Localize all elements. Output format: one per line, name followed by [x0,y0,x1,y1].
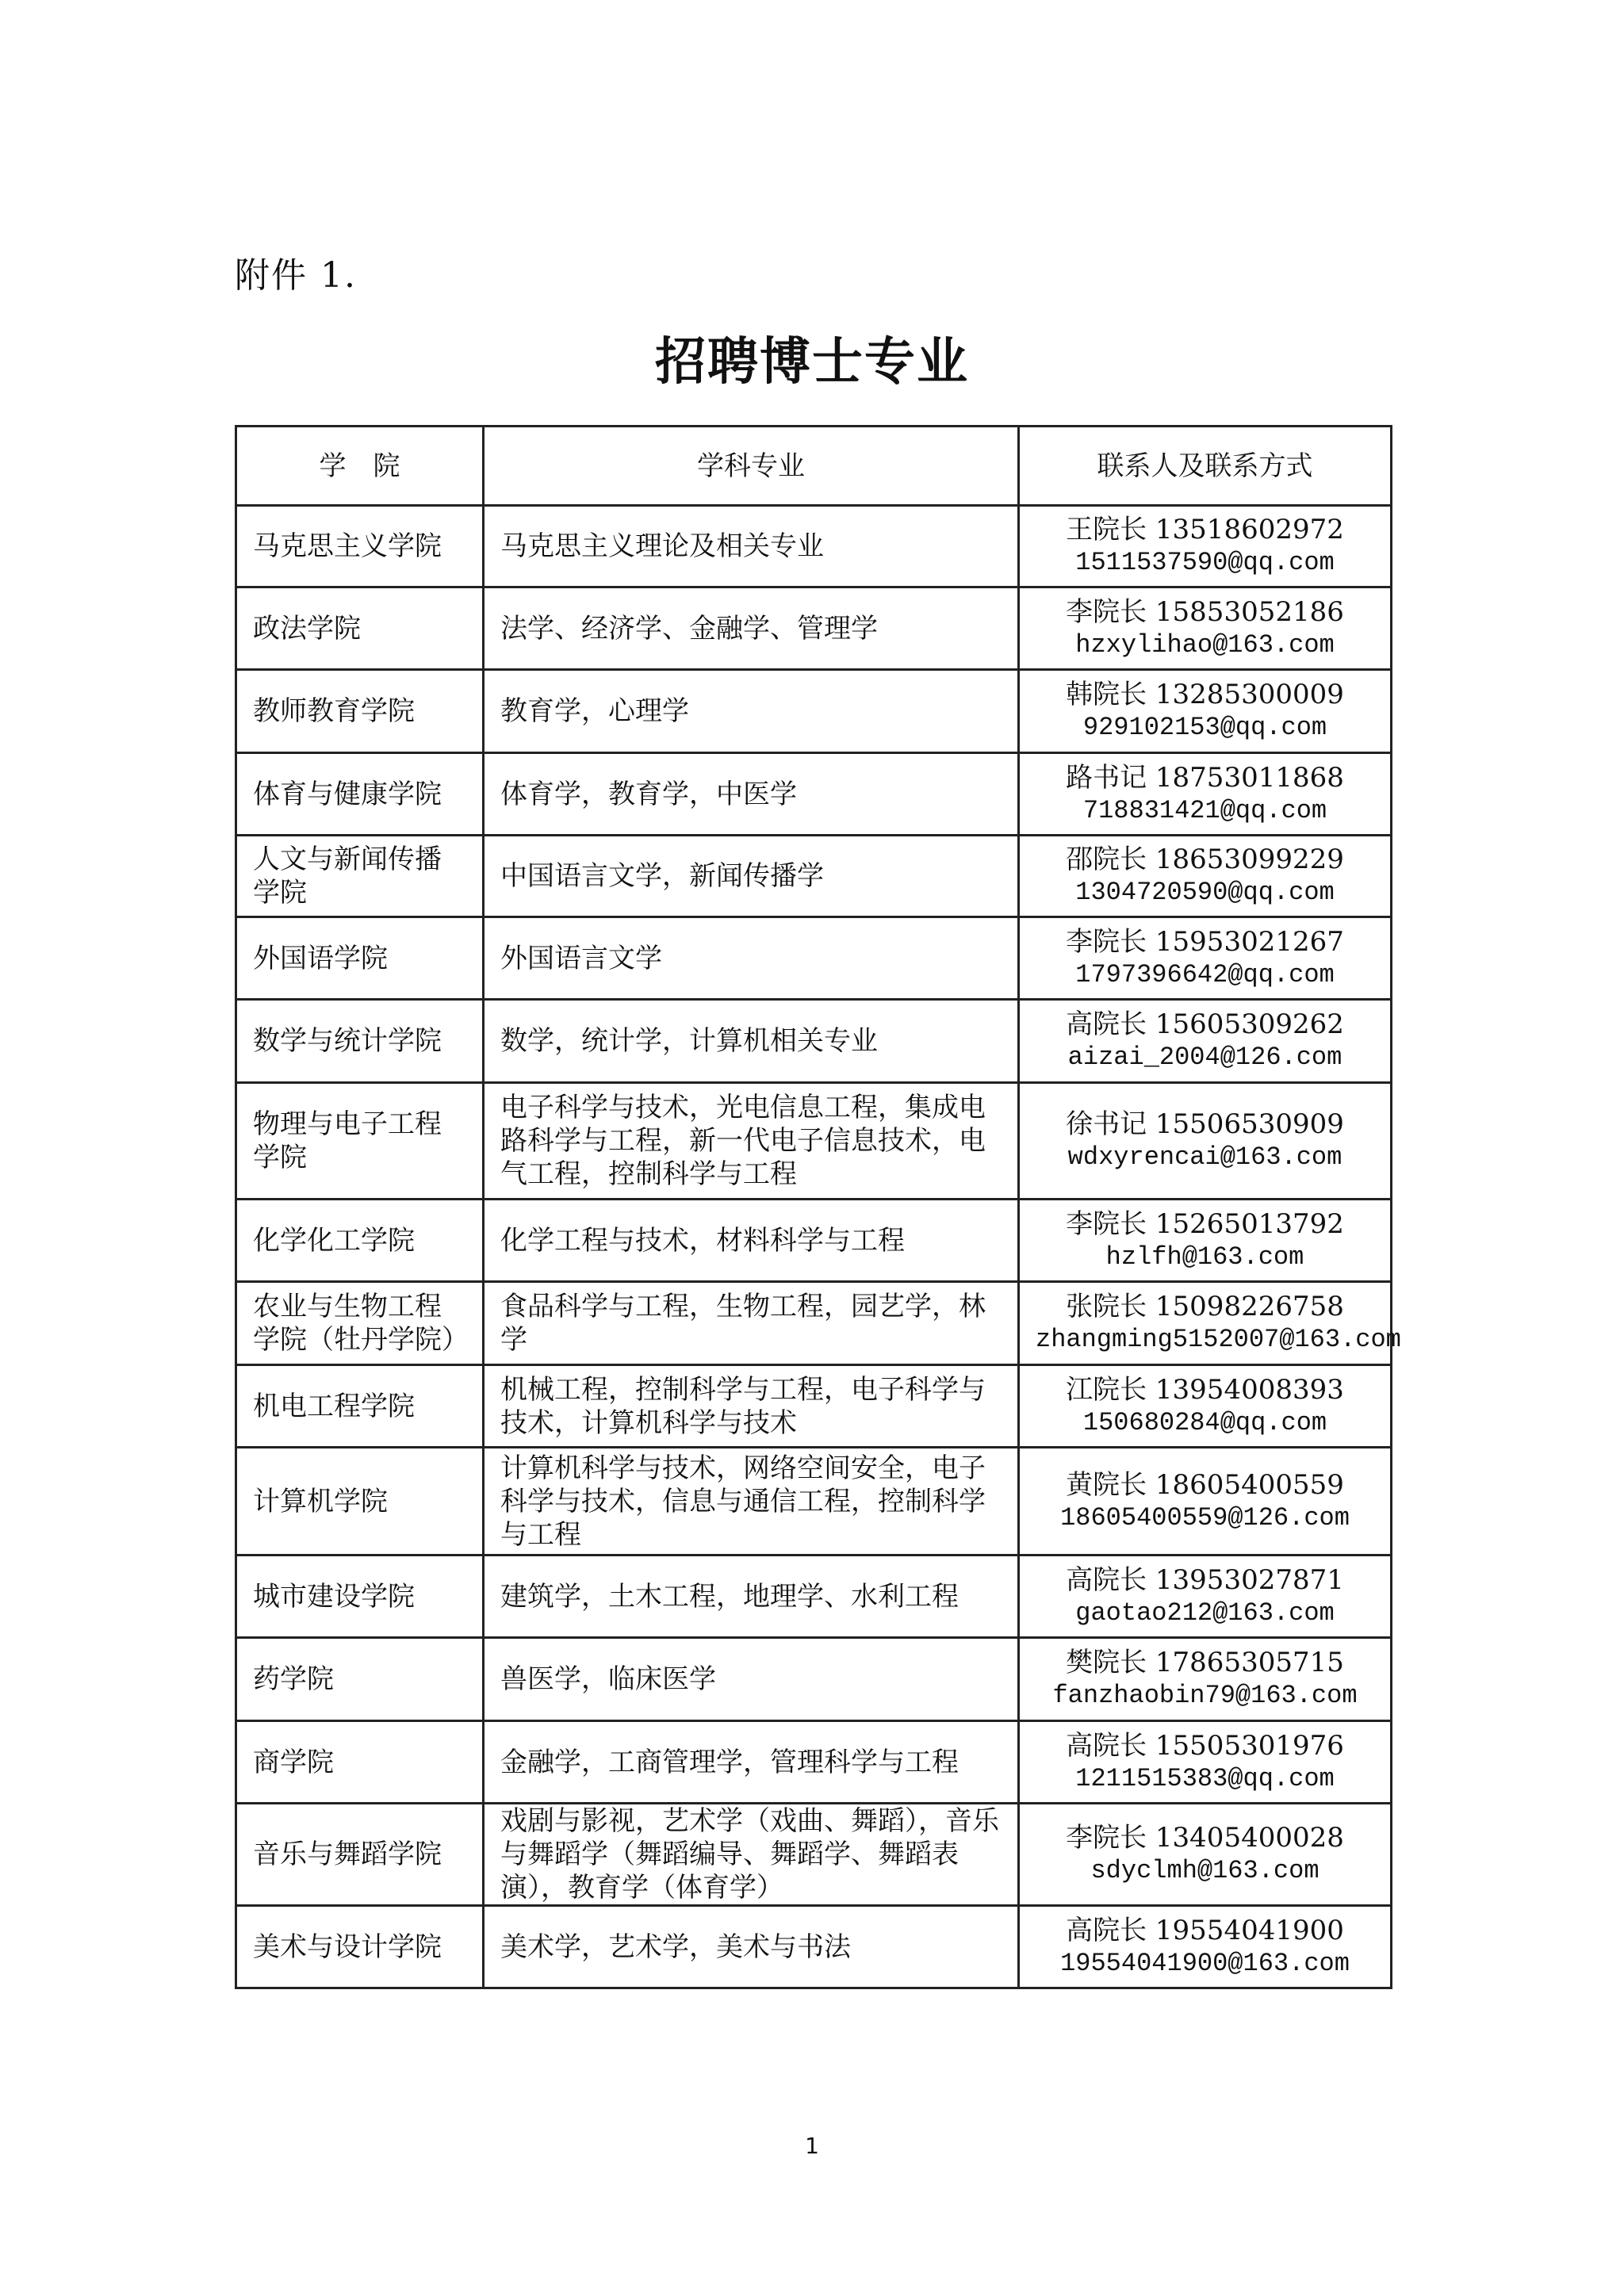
contact-email[interactable]: aizai_2004@126.com [1036,1041,1374,1074]
contact-cell: 高院长 15605309262aizai_2004@126.com [1019,1000,1392,1083]
contact-person-phone: 高院长 15605309262 [1036,1008,1374,1041]
table-row: 城市建设学院建筑学，土木工程，地理学、水利工程高院长 13953027871ga… [236,1556,1392,1638]
college-cell: 计算机学院 [236,1448,484,1556]
major-cell: 兽医学，临床医学 [484,1638,1019,1721]
contact-email[interactable]: 718831421@qq.com [1036,794,1374,828]
college-cell: 机电工程学院 [236,1365,484,1448]
contact-cell: 徐书记 15506530909wdxyrencai@163.com [1019,1083,1392,1200]
college-cell: 化学化工学院 [236,1200,484,1282]
contact-email[interactable]: fanzhaobin79@163.com [1036,1679,1374,1712]
college-cell: 商学院 [236,1721,484,1804]
table-row: 机电工程学院机械工程，控制科学与工程，电子科学与技术，计算机科学与技术江院长 1… [236,1365,1392,1448]
major-cell: 电子科学与技术，光电信息工程，集成电路科学与工程，新一代电子信息技术，电气工程，… [484,1083,1019,1200]
contact-person-phone: 韩院长 13285300009 [1036,678,1374,711]
major-cell: 食品科学与工程，生物工程，园艺学，林学 [484,1282,1019,1365]
major-cell: 体育学，教育学，中医学 [484,753,1019,836]
contact-email[interactable]: 150680284@qq.com [1036,1406,1374,1440]
major-cell: 美术学，艺术学，美术与书法 [484,1906,1019,1988]
major-cell: 计算机科学与技术，网络空间安全，电子科学与技术，信息与通信工程，控制科学与工程 [484,1448,1019,1556]
contact-email[interactable]: 1304720590@qq.com [1036,876,1374,909]
contact-cell: 高院长 155053019761211515383@qq.com [1019,1721,1392,1804]
college-cell: 教师教育学院 [236,670,484,753]
major-cell: 外国语言文学 [484,917,1019,1000]
contact-person-phone: 王院长 13518602972 [1036,513,1374,546]
major-cell: 戏剧与影视，艺术学（戏曲、舞蹈），音乐与舞蹈学（舞蹈编导、舞蹈学、舞蹈表演），教… [484,1804,1019,1906]
college-cell: 农业与生物工程学院（牡丹学院） [236,1282,484,1365]
contact-cell: 李院长 15853052186hzxylihao@163.com [1019,587,1392,670]
contact-person-phone: 樊院长 17865305715 [1036,1646,1374,1679]
contact-person-phone: 徐书记 15506530909 [1036,1108,1374,1141]
major-cell: 金融学，工商管理学，管理科学与工程 [484,1721,1019,1804]
recruitment-table: 学 院 学科专业 联系人及联系方式 马克思主义学院马克思主义理论及相关专业王院长… [235,425,1392,1989]
major-cell: 法学、经济学、金融学、管理学 [484,587,1019,670]
contact-person-phone: 张院长 15098226758 [1036,1290,1374,1323]
contact-email[interactable]: 19554041900@163.com [1036,1947,1374,1980]
contact-person-phone: 高院长 13953027871 [1036,1563,1374,1597]
college-cell: 音乐与舞蹈学院 [236,1804,484,1906]
major-cell: 机械工程，控制科学与工程，电子科学与技术，计算机科学与技术 [484,1365,1019,1448]
contact-email[interactable]: 1211515383@qq.com [1036,1762,1374,1796]
page-title: 招聘博士专业 [0,327,1624,398]
contact-cell: 路书记 18753011868718831421@qq.com [1019,753,1392,836]
major-cell: 中国语言文学，新闻传播学 [484,836,1019,917]
major-cell: 建筑学，土木工程，地理学、水利工程 [484,1556,1019,1638]
table-row: 马克思主义学院马克思主义理论及相关专业王院长 13518602972151153… [236,506,1392,587]
table-row: 药学院兽医学，临床医学樊院长 17865305715fanzhaobin79@1… [236,1638,1392,1721]
contact-person-phone: 邵院长 18653099229 [1036,843,1374,876]
header-college: 学 院 [236,427,484,506]
contact-email[interactable]: wdxyrencai@163.com [1036,1141,1374,1174]
contact-person-phone: 李院长 15853052186 [1036,595,1374,629]
contact-cell: 王院长 135186029721511537590@qq.com [1019,506,1392,587]
page-number: 1 [0,2133,1624,2159]
contact-cell: 高院长 13953027871gaotao212@163.com [1019,1556,1392,1638]
header-major: 学科专业 [484,427,1019,506]
table-row: 人文与新闻传播学院中国语言文学，新闻传播学邵院长 186530992291304… [236,836,1392,917]
table-row: 商学院金融学，工商管理学，管理科学与工程高院长 1550530197612115… [236,1721,1392,1804]
contact-email[interactable]: 1797396642@qq.com [1036,959,1374,992]
contact-cell: 樊院长 17865305715fanzhaobin79@163.com [1019,1638,1392,1721]
college-cell: 政法学院 [236,587,484,670]
table-row: 音乐与舞蹈学院戏剧与影视，艺术学（戏曲、舞蹈），音乐与舞蹈学（舞蹈编导、舞蹈学、… [236,1804,1392,1906]
contact-person-phone: 黄院长 18605400559 [1036,1468,1374,1502]
college-cell: 物理与电子工程学院 [236,1083,484,1200]
table-body: 马克思主义学院马克思主义理论及相关专业王院长 13518602972151153… [236,506,1392,1988]
college-cell: 马克思主义学院 [236,506,484,587]
contact-cell: 李院长 15265013792hzlfh@163.com [1019,1200,1392,1282]
contact-cell: 高院长 1955404190019554041900@163.com [1019,1906,1392,1988]
contact-person-phone: 李院长 15265013792 [1036,1207,1374,1241]
major-cell: 数学，统计学，计算机相关专业 [484,1000,1019,1083]
college-cell: 数学与统计学院 [236,1000,484,1083]
contact-cell: 韩院长 13285300009929102153@qq.com [1019,670,1392,753]
table-row: 教师教育学院教育学，心理学韩院长 13285300009929102153@qq… [236,670,1392,753]
major-cell: 马克思主义理论及相关专业 [484,506,1019,587]
table-row: 外国语学院外国语言文学李院长 159530212671797396642@qq.… [236,917,1392,1000]
contact-email[interactable]: 929102153@qq.com [1036,711,1374,744]
college-cell: 城市建设学院 [236,1556,484,1638]
contact-person-phone: 李院长 15953021267 [1036,925,1374,959]
table-row: 物理与电子工程学院电子科学与技术，光电信息工程，集成电路科学与工程，新一代电子信… [236,1083,1392,1200]
contact-person-phone: 高院长 19554041900 [1036,1914,1374,1947]
major-cell: 教育学，心理学 [484,670,1019,753]
contact-cell: 黄院长 1860540055918605400559@126.com [1019,1448,1392,1556]
contact-cell: 张院长 15098226758zhangming5152007@163.com [1019,1282,1392,1365]
table-row: 化学化工学院化学工程与技术，材料科学与工程李院长 15265013792hzlf… [236,1200,1392,1282]
contact-person-phone: 高院长 15505301976 [1036,1729,1374,1762]
college-cell: 药学院 [236,1638,484,1721]
table-row: 体育与健康学院体育学，教育学，中医学路书记 187530118687188314… [236,753,1392,836]
table-row: 美术与设计学院美术学，艺术学，美术与书法高院长 1955404190019554… [236,1906,1392,1988]
header-contact: 联系人及联系方式 [1019,427,1392,506]
table-row: 计算机学院计算机科学与技术，网络空间安全，电子科学与技术，信息与通信工程，控制科… [236,1448,1392,1556]
college-cell: 美术与设计学院 [236,1906,484,1988]
contact-person-phone: 路书记 18753011868 [1036,761,1374,794]
attachment-label: 附件 1. [235,252,357,300]
table-row: 数学与统计学院数学，统计学，计算机相关专业高院长 15605309262aiza… [236,1000,1392,1083]
contact-person-phone: 江院长 13954008393 [1036,1373,1374,1406]
contact-email[interactable]: hzlfh@163.com [1036,1241,1374,1274]
contact-email[interactable]: 1511537590@qq.com [1036,546,1374,580]
contact-email[interactable]: gaotao212@163.com [1036,1597,1374,1630]
table-header-row: 学 院 学科专业 联系人及联系方式 [236,427,1392,506]
table-row: 政法学院法学、经济学、金融学、管理学李院长 15853052186hzxylih… [236,587,1392,670]
college-cell: 体育与健康学院 [236,753,484,836]
contact-cell: 邵院长 186530992291304720590@qq.com [1019,836,1392,917]
college-cell: 外国语学院 [236,917,484,1000]
contact-cell: 江院长 13954008393150680284@qq.com [1019,1365,1392,1448]
college-cell: 人文与新闻传播学院 [236,836,484,917]
major-cell: 化学工程与技术，材料科学与工程 [484,1200,1019,1282]
contact-email[interactable]: 18605400559@126.com [1036,1502,1374,1535]
contact-email[interactable]: zhangming5152007@163.com [1036,1323,1374,1357]
contact-person-phone: 李院长 13405400028 [1036,1821,1374,1854]
contact-cell: 李院长 159530212671797396642@qq.com [1019,917,1392,1000]
table-row: 农业与生物工程学院（牡丹学院）食品科学与工程，生物工程，园艺学，林学张院长 15… [236,1282,1392,1365]
contact-email[interactable]: hzxylihao@163.com [1036,629,1374,662]
contact-cell: 李院长 13405400028sdyclmh@163.com [1019,1804,1392,1906]
contact-email[interactable]: sdyclmh@163.com [1036,1854,1374,1888]
